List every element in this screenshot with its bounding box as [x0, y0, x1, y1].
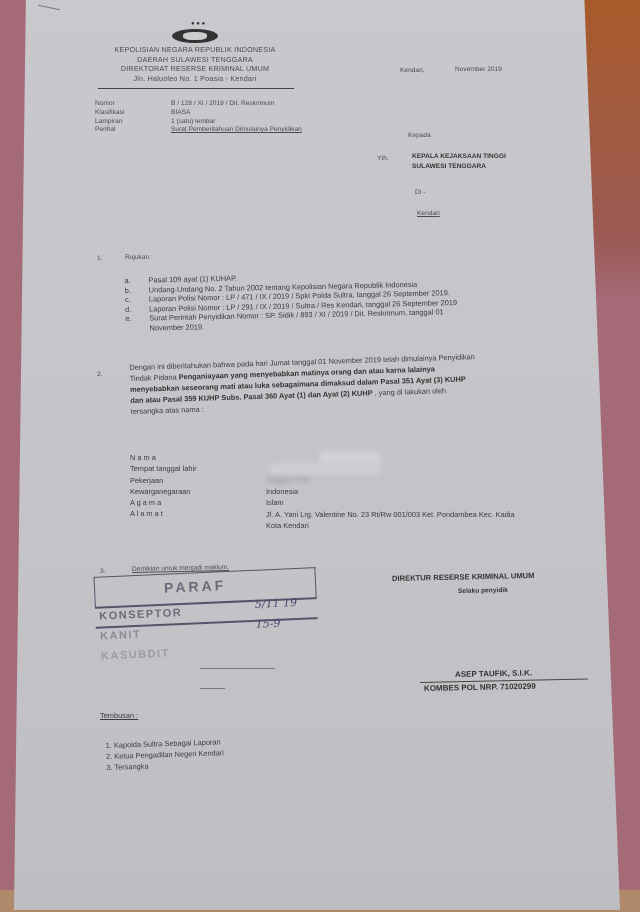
redacted-birth — [270, 464, 380, 474]
handwritten-initial: 15-9 — [255, 617, 280, 631]
letterhead: KEPOLISIAN NEGARA REPUBLIK INDONESIA DAE… — [80, 45, 310, 83]
signatory-name: ASEP TAUFIK, S.I.K. — [455, 668, 532, 679]
recipient-city: Kendari — [417, 210, 440, 217]
date: November 2019 — [455, 66, 502, 73]
section-1-title: Rujukan : — [125, 254, 153, 261]
letterhead-line-3: DIREKTORAT RESERSE KRIMINAL UMUM — [80, 64, 310, 74]
identity-label-ttl: Tempat tanggal lahir — [130, 463, 197, 474]
place: Kendari, — [400, 67, 425, 74]
stamp-row-kanit: KANIT — [100, 629, 142, 643]
letterhead-line-2: DAERAH SULAWESI TENGGARA — [80, 55, 310, 65]
identity-label-alamat: A l a m a t — [130, 508, 197, 519]
meta-value-lampiran: 1 (satu) lembar — [171, 118, 302, 127]
identity-value-pekerjaan: Anggota Polri — [266, 474, 310, 485]
police-emblem-icon: ● ● ● — [172, 25, 218, 43]
letterhead-line-4: Jln. Haluoleo No. 1 Poasia - Kendari — [80, 74, 310, 84]
tembusan-list: 1. Kapolda Sultra Sebagai Laporan 2. Ket… — [105, 736, 224, 773]
recipient-name-line-2: SULAWESI TENGGARA — [412, 162, 506, 172]
identity-label-nama: N a m a — [130, 452, 197, 463]
letterhead-line-1: KEPOLISIAN NEGARA REPUBLIK INDONESIA — [80, 45, 310, 55]
meta-value-nomor: B / 128 / XI / 2019 / Dit. Reskrimum — [171, 100, 302, 109]
identity-label-agama: A g a m a — [130, 497, 197, 508]
meta-label-lampiran: Lampiran — [95, 118, 124, 127]
redacted-name — [320, 452, 380, 464]
identity-value-alamat-cont: Kota Kendari — [266, 520, 515, 531]
rujukan-list: a.Pasal 109 ayat (1) KUHAP. b.Undang-Und… — [124, 269, 457, 334]
document-page — [14, 0, 620, 910]
identity-label-kewarganegaraan: Kewarganegaraan — [130, 486, 197, 497]
stamp-row-konseptor: KONSEPTOR — [99, 607, 182, 623]
meta-value-klasifikasi: BIASA — [171, 109, 302, 118]
meta-value-perihal: Surat Pemberitahuan Dimulainya Penyidika… — [171, 126, 302, 135]
recipient-kepada: Kepada — [408, 132, 431, 139]
identity-labels: N a m a Tempat tanggal lahir Pekerjaan K… — [130, 452, 197, 520]
recipient-di: Di - — [415, 189, 425, 196]
recipient-name-line-1: KEPALA KEJAKSAAN TINGGI — [412, 152, 506, 162]
identity-label-pekerjaan: Pekerjaan — [130, 475, 197, 486]
identity-value-alamat: Jl. A. Yani Lrg. Valentine No. 23 Rt/Rw … — [266, 509, 515, 520]
meta-label-nomor: Nomor — [95, 100, 124, 109]
identity-value-agama: Islam — [266, 497, 515, 508]
meta-values: B / 128 / XI / 2019 / Dit. Reskrimum BIA… — [171, 100, 302, 135]
tembusan-title: Tembusan : — [100, 710, 138, 721]
section-1-number: 1. — [97, 255, 103, 262]
meta-labels: Nomor Klasifikasi Lampiran Perihal — [95, 100, 124, 135]
stamp-title: PARAF — [164, 577, 227, 596]
section-2-number: 2. — [97, 371, 103, 378]
identity-value-kewarganegaraan: Indonesia — [266, 486, 515, 497]
signature-subtitle: Selaku penyidik — [458, 587, 508, 595]
recipient-name: KEPALA KEJAKSAAN TINGGI SULAWESI TENGGAR… — [412, 152, 506, 172]
meta-label-perihal: Perihal — [95, 126, 124, 135]
meta-label-klasifikasi: Klasifikasi — [95, 109, 124, 118]
section-2-body: Dengan ini diberitahukan bahwa pada hari… — [129, 351, 476, 417]
recipient-yth: Yth. — [377, 155, 389, 162]
letterhead-divider — [98, 88, 294, 89]
identity-values: Indonesia Islam Jl. A. Yani Lrg. Valenti… — [266, 486, 515, 532]
paraf-stamp: PARAF KONSEPTOR KANIT KASUBDIT 5/11 19 1… — [93, 563, 316, 653]
handwritten-date: 5/11 19 — [255, 596, 298, 611]
